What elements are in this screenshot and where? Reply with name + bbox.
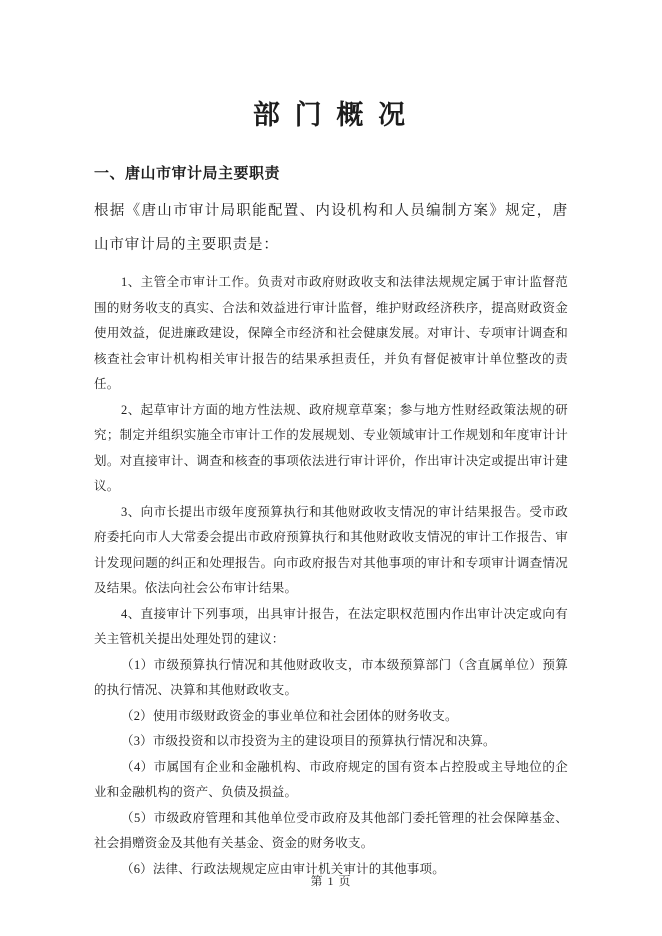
duty-subitem-3: （3）市级投资和以市投资为主的建设项目的预算执行情况和决算。 — [94, 729, 568, 755]
duty-subitem-4: （4）市属国有企业和金融机构、市政府规定的国有资本占控股或主导地位的企业和金融机… — [94, 755, 568, 806]
duty-item-1: 1、主管全市审计工作。负责对市政府财政收支和法律法规规定属于审计监督范围的财务收… — [94, 270, 568, 398]
duty-subitem-1: （1）市级预算执行情况和其他财政收支，市本级预算部门（含直属单位）预算的执行情况… — [94, 653, 568, 704]
duty-subitem-5: （5）市级政府管理和其他单位受市政府及其他部门委托管理的社会保障基金、社会捐赠资… — [94, 806, 568, 857]
duty-item-2: 2、起草审计方面的地方性法规、政府规章草案；参与地方性财经政策法规的研究；制定并… — [94, 398, 568, 500]
duty-item-4: 4、直接审计下列事项，出具审计报告，在法定职权范围内作出审计决定或向有关主管机关… — [94, 602, 568, 653]
duty-item-3: 3、向市长提出市级年度预算执行和其他财政收支情况的审计结果报告。受市政府委托向市… — [94, 500, 568, 602]
section-heading: 一、唐山市审计局主要职责 — [94, 164, 568, 184]
intro-paragraph: 根据《唐山市审计局职能配置、内设机构和人员编制方案》规定，唐山市审计局的主要职责… — [94, 194, 568, 262]
duties-list: 1、主管全市审计工作。负责对市政府财政收支和法律法规规定属于审计监督范围的财务收… — [94, 270, 568, 882]
document-title: 部 门 概 况 — [94, 100, 568, 130]
page-number: 第 1 页 — [0, 872, 662, 889]
document-page: 部 门 概 况 一、唐山市审计局主要职责 根据《唐山市审计局职能配置、内设机构和… — [0, 0, 662, 936]
duty-subitem-2: （2）使用市级财政资金的事业单位和社会团体的财务收支。 — [94, 704, 568, 730]
